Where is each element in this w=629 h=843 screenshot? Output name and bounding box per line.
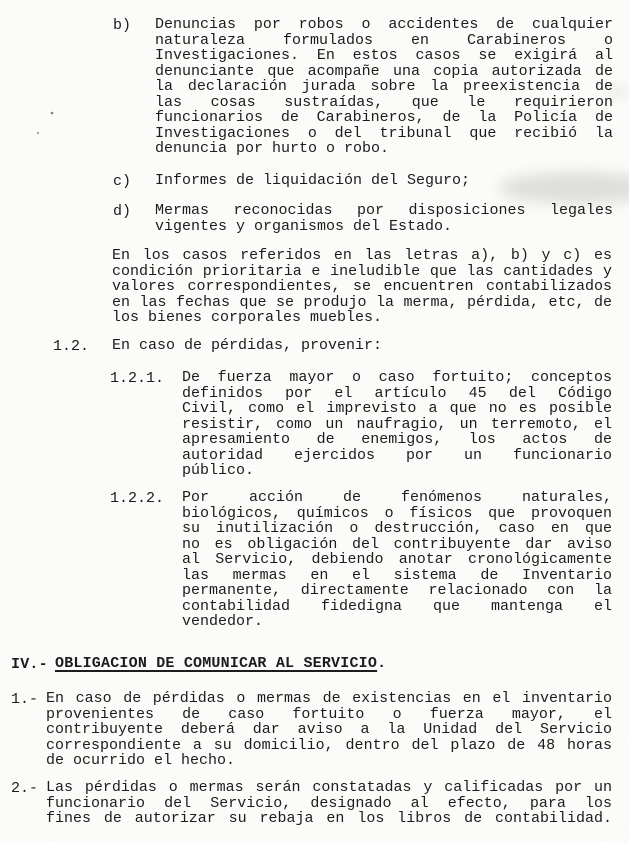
- text-line: de ocurrido el hecho.: [46, 753, 612, 769]
- text-line: funcionario del Servicio, designado al e…: [46, 796, 612, 812]
- text-line: En caso de pérdidas, provenir:: [112, 338, 612, 354]
- text-line: autoridad ejercidos por un funcionario: [182, 448, 612, 464]
- text-line: contabilidad fidedigna que mantenga el: [182, 599, 612, 615]
- text-line: condición prioritaria e ineludible que l…: [112, 264, 612, 280]
- text-line: vigentes y organismos del Estado.: [155, 219, 613, 235]
- text-line: Denuncias por robos o accidentes de cual…: [155, 17, 613, 33]
- text-line: En los casos referidos en las letras a),…: [112, 248, 612, 264]
- text-line: Investigaciones. En estos casos se exigi…: [155, 48, 613, 64]
- text-line: Las pérdidas o mermas serán constatadas …: [46, 780, 612, 796]
- text-line: naturaleza formulados en Carabineros o: [155, 33, 613, 49]
- text-line: Civil, como el imprevisto a que no es po…: [182, 401, 612, 417]
- text-line: Investigaciones o del tribunal que recib…: [155, 126, 613, 142]
- text-line: contribuyente deberá dar aviso a la Unid…: [46, 722, 612, 738]
- text-line: provenientes de caso fortuito o fuerza m…: [46, 707, 612, 723]
- text-line: Mermas reconocidas por disposiciones leg…: [155, 203, 613, 219]
- heading-underlined-text: OBLIGACION DE COMUNICAR AL SERVICIO: [55, 655, 377, 672]
- section-1-2-1-label: 1.2.1.: [110, 370, 164, 387]
- text-line: En caso de pérdidas o mermas de existenc…: [46, 691, 612, 707]
- text-line: apresamiento de enemigos, los actos de: [182, 432, 612, 448]
- scan-speck: [51, 112, 54, 115]
- text-line: biológicos, químicos o físicos que provo…: [182, 506, 612, 522]
- text-line: las mermas en el sistema de Inventario: [182, 568, 612, 584]
- text-line: funcionarios de Carabineros, de la Polic…: [155, 110, 613, 126]
- text-line: su inutilización o destrucción, caso en …: [182, 521, 612, 537]
- item-d-label: d): [113, 203, 131, 220]
- text-line: definidos por el artículo 45 del Código: [182, 386, 612, 402]
- section-1-2-label: 1.2.: [53, 338, 89, 355]
- item-c-label: c): [113, 173, 131, 190]
- numbered-item-1-label: 1.-: [11, 691, 38, 708]
- section-1-2-2-label: 1.2.2.: [110, 490, 164, 507]
- document-page: b) Denuncias por robos o accidentes de c…: [0, 0, 629, 843]
- text-line: permanente, directamente relacionado con…: [182, 583, 612, 599]
- text-line: resistir, como un naufragio, un terremot…: [182, 417, 612, 433]
- text-line: en las fechas que se produjo la merma, p…: [112, 295, 612, 311]
- numbered-item-2-label: 2.-: [11, 780, 38, 797]
- text-line: público.: [182, 463, 612, 479]
- text-line: los bienes corporales muebles.: [112, 310, 612, 326]
- section-iv-title: OBLIGACION DE COMUNICAR AL SERVICIO.: [55, 656, 612, 672]
- text-line: denuncia por hurto o robo.: [155, 141, 613, 157]
- text-line: De fuerza mayor o caso fortuito; concept…: [182, 370, 612, 386]
- text-line: correspondiente a su domicilio, dentro d…: [46, 738, 612, 754]
- scan-speck: [37, 132, 39, 134]
- text-line: al Servicio, debiendo anotar cronológica…: [182, 552, 612, 568]
- text-line: Informes de liquidación del Seguro;: [155, 173, 613, 189]
- text-line: Por acción de fenómenos naturales,: [182, 490, 612, 506]
- text-line: valores correspondientes, se encuentren …: [112, 279, 612, 295]
- text-line: no es obligación del contribuyente dar a…: [182, 537, 612, 553]
- text-line: vendedor.: [182, 614, 612, 630]
- text-line: las cosas sustraídas, que le requirieron: [155, 95, 613, 111]
- heading-period: .: [377, 655, 386, 672]
- text-line: denunciante que acompañe una copia autor…: [155, 64, 613, 80]
- text-line: la declaración jurada sobre la preexiste…: [155, 79, 613, 95]
- item-b-label: b): [113, 17, 131, 34]
- text-line: fines de autorizar su rebaja en los libr…: [46, 811, 612, 827]
- section-iv-label: IV.-: [11, 656, 48, 673]
